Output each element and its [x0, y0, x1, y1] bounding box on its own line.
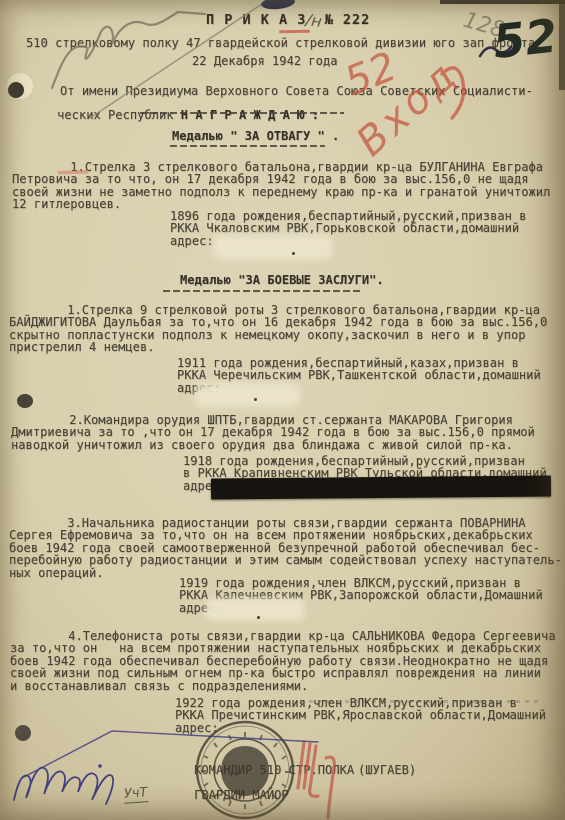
commander-line: КОМАНДИР 510 СТР.ПОЛКА	[194, 763, 354, 777]
faint-typed-marks	[300, 700, 540, 703]
citation-paragraph: 1.Стрелка 3 стрелкового батальона,гварди…	[12, 161, 550, 211]
scanned-order-page: П Р И К А З № 222 510 стрелковому полку …	[0, 0, 565, 820]
punch-hole-shadow	[8, 82, 24, 98]
date-line: 22 Декабря 1942 года	[192, 55, 338, 67]
redaction-bar	[211, 476, 551, 500]
ink-blot	[260, 0, 295, 11]
citation-paragraph: 4.Телефониста роты связи,гвардии кр-ца С…	[10, 630, 556, 692]
section-underline-za-boevye-zaslugi	[163, 290, 361, 292]
clerk-mark: УчТ	[123, 785, 148, 804]
erased-address	[218, 240, 328, 255]
scan-edge	[440, 0, 565, 4]
rank-line: ГВАРДИИ МАЙОР	[194, 788, 289, 802]
erased-address	[200, 388, 295, 402]
preamble-line1: От имени Президиума Верховного Совета Со…	[60, 85, 533, 97]
handwritten-order-suffix: /н	[305, 10, 323, 31]
erased-address	[210, 603, 300, 616]
citation-paragraph: 2.Командира орудия ШПТБ,гвардии ст.сержа…	[11, 414, 535, 451]
award-verb-underline	[140, 112, 344, 114]
signature-name: (ШУГАЕВ)	[358, 764, 416, 776]
preamble-line2-prefix: ческих Республик	[57, 108, 181, 122]
red-pencil-word: Вход	[348, 51, 467, 165]
punch-hole	[7, 73, 33, 99]
citation-paragraph: 1.Стрелка 9 стрелковой роты 3 стрелковог…	[9, 304, 547, 354]
award-verb: Н А Г Р А Ж Д А Ю :	[181, 108, 319, 122]
signature-position-lines: КОМАНДИР 510 СТР.ПОЛКА ГВАРДИИ МАЙОР	[165, 752, 354, 814]
period-mark	[257, 616, 260, 619]
scan-edge	[559, 0, 565, 90]
red-underline-order-number	[279, 30, 310, 33]
period-mark	[292, 252, 295, 255]
section-heading-za-boevye-zaslugi: Медалью "ЗА БОЕВЫЕ ЗАСЛУГИ".	[180, 274, 384, 286]
punch-hole	[17, 394, 33, 408]
pencil-scribble	[52, 12, 205, 88]
period-mark	[254, 398, 257, 401]
punch-hole	[15, 725, 31, 741]
citation-paragraph: 3.Начальника радиостанции роты связи,гва…	[9, 517, 562, 579]
red-pencil-annotation: 52 Вход	[339, 44, 468, 166]
addressee-line: 510 стрелковому полку 47 гвардейской стр…	[26, 37, 535, 49]
section-heading-za-otvagu: Медалью " ЗА ОТВАГУ " .	[172, 130, 339, 142]
order-title: П Р И К А З № 222	[206, 14, 370, 26]
section-underline-za-otvagu	[170, 145, 325, 147]
